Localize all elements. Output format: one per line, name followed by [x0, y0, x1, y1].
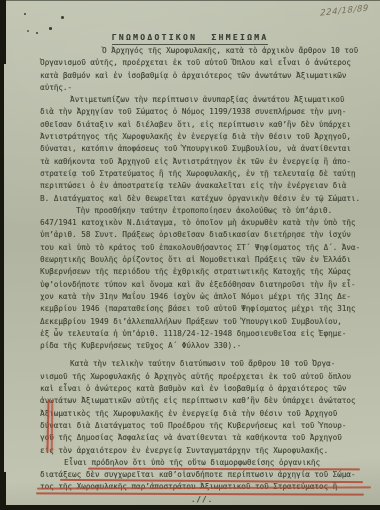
document-title-row: ΓΝΩΜΟΔΟΤΙΚΟΝ ΣΗΜΕΙΩΜΑ: [0, 25, 380, 45]
archive-number-annotation: 224/18/89: [320, 3, 369, 18]
document-line: Κυβερνήσεων τῆς περιόδου τῆς ἐχθρικῆς στ…: [40, 266, 364, 278]
document-line: τὰ καθήκοντα τοῦ Ἀρχηγοῦ εἰς Ἀντιστράτηγ…: [40, 156, 364, 168]
document-line: ἀνωτάτων Ἀξιωματικῶν αὐτῆς εἰς περίπτωσι…: [40, 395, 364, 407]
document-line: κατὰ βαθμόν καὶ ἐν ἰσοβαθμίᾳ ὁ ἀρχαιότερ…: [40, 70, 364, 82]
end-mark: .//.: [40, 494, 364, 506]
document-body: Ὁ Ἀρχηγός τῆς Χωροφυλακῆς, κατὰ τὸ ἀρχικ…: [40, 45, 364, 506]
document-line: Ὀργανισμοῦ αὐτῆς, προέρχεται ἐκ τοῦ αὐτο…: [40, 57, 364, 69]
document-line: θεωρητικῆς Βουλῆς ὁρίζοντος ὅτι αἱ Νομοθ…: [40, 254, 364, 266]
document-line: Ὁ Ἀρχηγός τῆς Χωροφυλακῆς, κατὰ τὸ ἀρχικ…: [40, 45, 364, 57]
scan-edge-top: [0, 0, 380, 1]
scanned-document-page: 224/18/89 ΓΝΩΜΟΔΟΤΙΚΟΝ ΣΗΜΕΙΩΜΑ Ὁ Ἀρχηγό…: [0, 0, 380, 510]
document-line: ὑπ’ἀριθ. 58 Συντ. Πράξεως ὁρισθεῖσαν δια…: [40, 229, 364, 241]
document-line: διὰ τὴν Ἀρχηγίαν τοῦ Σώματος ὁ Νόμος 119…: [40, 106, 364, 118]
red-underline-annotation: [88, 467, 360, 469]
document-line: ρίδα τῆς Κυβερνήσεως τεῦχος Α΄ Φύλλον 33…: [40, 340, 364, 352]
scan-edge-left: [0, 0, 4, 510]
document-title: ΓΝΩΜΟΔΟΤΙΚΟΝ ΣΗΜΕΙΩΜΑ: [112, 32, 269, 45]
paragraph-2: Ἀντιμετωπίζων τὴν περίπτωσιν ἀνυπαρξίας …: [40, 94, 364, 205]
document-line: καὶ εἶναι ὁ ἀνώτερος κατὰ βαθμὸν καὶ ἐν …: [40, 383, 364, 395]
document-line: Β. Διατάγματος καὶ δὲν θεωρεῖται κατέχων…: [40, 193, 364, 205]
document-line: Ἀντιστράτηγος τῆς Χωροφυλακῆς ἐν ἐνεργεί…: [40, 131, 364, 143]
document-line: Δεκεμβρίου 1949 δι’ἀλλεπαλλήλων Πράξεων …: [40, 316, 364, 328]
document-line: περιπτώσει ὁ ἐν ἀποστρατείᾳ τελῶν ἀνακαλ…: [40, 180, 364, 192]
paragraph-3: Τὴν προσθήκην ταύτην ἐτροποποίησεν ἀκολο…: [40, 205, 364, 353]
document-line: στρατείᾳ τοῦ Στρατεύματος ἢ τῆς Χωροφυλα…: [40, 168, 364, 180]
document-line: 647/1941 κατοχικὸν Ν.Διάταγμα, τὸ ὁποῖον…: [40, 217, 364, 229]
ink-speck: [24, 13, 26, 15]
document-line: ἐξ ὧν τελευταία ἡ ὑπ’ἀριθ. 1118/24-12-19…: [40, 328, 364, 340]
document-line: αὐτῆς.-: [40, 82, 364, 94]
document-line: δύναται διὰ Διατάγματος τοῦ Προέδρου τῆς…: [40, 420, 364, 432]
document-line: σθεῖσαν διάταξιν καὶ διέλαβεν ὅτι, εἰς π…: [40, 119, 364, 131]
document-line: ὑφ’οἱονδήποτε τύπον καὶ ὄνομα καὶ ἂν ἐξε…: [40, 279, 364, 291]
document-line: δύναται, κατόπιν ἀποφάσεως τοῦ Ὑπουργικο…: [40, 143, 364, 155]
document-line: κεμβρίου 1946 (παραταθείσης βάσει τοῦ αὐ…: [40, 303, 364, 315]
paragraph-4: Κατὰ τὴν τελικὴν ταύτην διατύπωσιν τοῦ ἄ…: [40, 358, 364, 456]
document-line: εἰς τὸν ἀρχαιότερον ἐν ἐνεργείᾳ Συνταγμα…: [40, 445, 364, 457]
document-line: Ἀντιμετωπίζων τὴν περίπτωσιν ἀνυπαρξίας …: [40, 94, 364, 106]
document-line: χον κατὰ τὴν 31ην Μαΐου 1946 ἰσχὺν ὡς ἁπ…: [40, 291, 364, 303]
document-line: του καὶ ὑπὸ τὸ κράτος τοῦ ἐπακολουθήσαντ…: [40, 242, 364, 254]
paragraph-1: Ὁ Ἀρχηγός τῆς Χωροφυλακῆς, κατὰ τὸ ἀρχικ…: [40, 45, 364, 94]
document-line: γοῦ τῆς Δημοσίας Ἀσφαλείας νὰ ἀνατίθεντα…: [40, 432, 364, 444]
document-line: Τὴν προσθήκην ταύτην ἐτροποποίησεν ἀκολο…: [40, 205, 364, 217]
document-line: νισμοῦ τῆς Χωροφυλακῆς ὁ Ἀρχηγὸς αὐτῆς π…: [40, 371, 364, 383]
ink-speck: [61, 16, 64, 19]
document-line: Κατὰ τὴν τελικὴν ταύτην διατύπωσιν τοῦ ἄ…: [40, 358, 364, 370]
document-line: Ἀξιωματικὸς τῆς Χωροφυλακῆς ἐν ἐνεργείᾳ …: [40, 408, 364, 420]
